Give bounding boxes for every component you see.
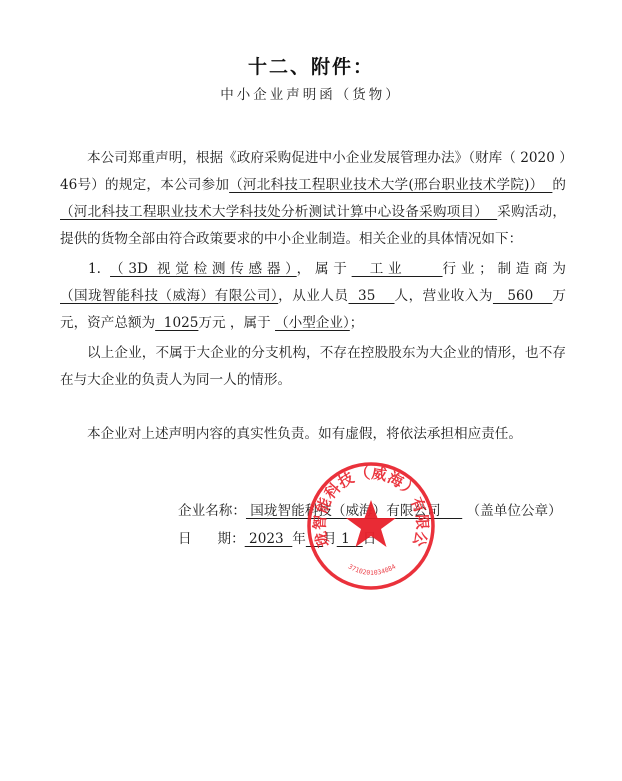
company-label: 企业名称： — [178, 503, 246, 519]
month-unit: 月 — [323, 531, 337, 547]
declaration-paragraph-2: 以上企业，不属于大企业的分支机构，不存在控股股东为大企业的情形，也不存在与大企业… — [60, 340, 566, 394]
enterprise-item: 1. （3D 视觉检测传感器），属于 工业 行业；制造商为（国珑智能科技（威海）… — [60, 256, 566, 337]
project-field: （河北科技工程职业技术大学科技处分析测试计算中心设备采购项目） — [60, 204, 497, 220]
label-text: ，属于 — [297, 261, 352, 277]
document-subtitle: 中小企业声明函（货物） — [0, 83, 622, 103]
label-text: 行业；制造商为 — [443, 261, 567, 277]
declaration-paragraph-1: 本公司郑重声明，根据《政府采购促进中小企业发展管理办法》（财库（ 2020 ）4… — [60, 145, 566, 253]
year-unit: 年 — [292, 531, 306, 547]
year-field: 2023 — [245, 531, 293, 547]
page-title: 十二、附件： — [0, 52, 622, 79]
enterprise-scale-field: （小型企业） — [275, 315, 350, 331]
label-text: ； — [350, 315, 364, 331]
employees-field: 35 — [348, 288, 394, 304]
svg-text:3710201034084: 3710201034084 — [347, 562, 398, 576]
manufacturer-field: （国珑智能科技（威海）有限公司） — [60, 288, 278, 304]
purchaser-field: （河北科技工程职业技术大学(邢台职业技术学院)） — [229, 177, 552, 193]
day-field: 1 — [337, 531, 363, 547]
industry-field: 工业 — [352, 261, 443, 277]
label-text: ，从业人员 — [278, 288, 348, 304]
seal-note: （盖单位公章） — [462, 503, 561, 519]
declaration-paragraph-3: 本企业对上述声明内容的真实性负责。如有虚假，将依法承担相应责任。 — [60, 421, 566, 448]
connector-text: 的 — [552, 177, 566, 193]
month-field — [306, 531, 323, 547]
date-label: 日 期： — [178, 531, 245, 547]
declaration-body: 本公司郑重声明，根据《政府采购促进中小企业发展管理办法》（财库（ 2020 ）4… — [60, 145, 566, 448]
revenue-field: 560 — [493, 288, 552, 304]
label-text: 万元 ，属于 — [198, 315, 275, 331]
assets-field: 1025 — [155, 315, 198, 331]
label-text: 人，营业收入为 — [395, 288, 493, 304]
signature-block: 企业名称： 国珑智能科技（威海）有限公司 （盖单位公章） 日 期： 2023 年… — [178, 497, 562, 553]
company-row: 企业名称： 国珑智能科技（威海）有限公司 （盖单位公章） — [178, 497, 562, 525]
company-name-field: 国珑智能科技（威海）有限公司 — [246, 503, 462, 519]
product-field: （3D 视觉检测传感器） — [110, 261, 297, 277]
date-row: 日 期： 2023 年 月 1 日 — [178, 525, 562, 553]
item-index: 1. — [88, 261, 101, 277]
document-page: 十二、附件： 中小企业声明函（货物） 本公司郑重声明，根据《政府采购促进中小企业… — [0, 0, 622, 781]
day-unit: 日 — [363, 531, 377, 547]
